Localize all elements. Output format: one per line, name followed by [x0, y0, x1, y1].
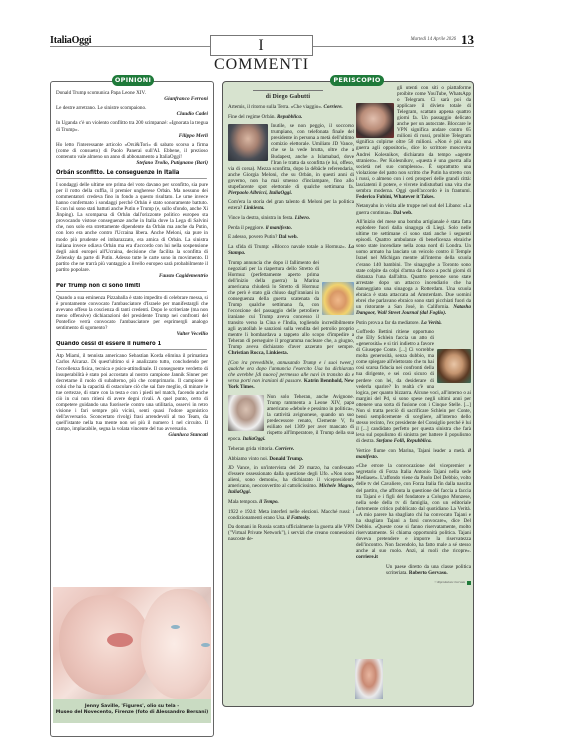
page-number: 13 — [461, 32, 474, 48]
periscopio-column: di Diego Gabutti Artemis, il ritorno sul… — [222, 81, 474, 707]
quote-source: Corriere. — [275, 446, 294, 452]
photo-pope — [228, 395, 264, 431]
quote-source: Roberto Gervaso. — [409, 570, 448, 576]
letter-text: Quando a sua eminenza Pizzaballa è stato… — [56, 295, 208, 331]
painted-eye — [201, 643, 210, 647]
quote-item: «Che errore la convocazione del viceprem… — [356, 463, 471, 560]
quote-source: il Tempo. — [259, 499, 279, 505]
letter-title: Orbán sconfitto. Le conseguenze in Itali… — [56, 169, 207, 179]
quote-item: Artemis, il ritorno sulla Terra. «Che vi… — [228, 104, 354, 110]
image-caption: Jenny Saville, 'Figures', olio su tela -… — [53, 699, 211, 723]
quote-item: Netanyahu in visita alle truppe nel sud … — [356, 203, 471, 215]
quote-item: Perda il peggiore. il manifesto. — [228, 225, 354, 231]
quote-source: corriere.it — [356, 554, 378, 560]
quote-source: Linkiesta. — [244, 205, 265, 211]
short-letter: Donald Trump scomunica Papa Leone XIV. G… — [56, 90, 208, 102]
quote-text: Goffredo Bettini ritiene opportuno che E… — [356, 329, 471, 444]
opinioni-column: Donald Trump scomunica Papa Leone XIV. G… — [50, 81, 214, 737]
quote-item: 1922 e 1924: Meta interferì nelle elezio… — [228, 509, 354, 521]
quote-source: Libero. — [295, 215, 310, 221]
byline: di Diego Gabutti — [253, 90, 323, 100]
photo-politician — [228, 124, 268, 161]
letter-author: Filippo Merli — [56, 133, 208, 139]
letter-author: Claudio Cadei — [56, 111, 208, 117]
photo-trump — [322, 282, 354, 315]
photo-putin — [356, 103, 394, 138]
quote-item: Mala tempora. il Tempo. — [228, 499, 354, 505]
letter-title: Per Trump non ci sono limiti — [56, 282, 207, 292]
quote-item: gli utenti con siti o piattaforme proibi… — [356, 85, 471, 200]
quote-item: JD Vance, in un'intervista del 29 marzo,… — [228, 465, 354, 495]
quote-source: Repubblica. — [277, 114, 302, 120]
quote-text: Vince la destra, sinistra in festa. — [228, 215, 294, 221]
letter: Quando a sua eminenza Pizzaballa è stato… — [56, 295, 208, 337]
issue-date: Martedì 14 Aprile 2026 — [411, 37, 456, 42]
letter: Atp Miami, il tennista americano Sebasti… — [56, 353, 208, 438]
quote-item: [Con ira prevedibile, annusando Trump e … — [228, 360, 354, 390]
quote-source: La Verità. — [421, 320, 442, 326]
letter-text: In Uganda c'è un violento conflitto tra … — [56, 120, 208, 132]
letter-author: Gianluca Stancati — [56, 432, 208, 438]
quote-item: Goffredo Bettini ritiene opportuno che E… — [356, 329, 471, 444]
quote-source: Dal web. — [393, 210, 412, 216]
quote-source: Christian Rocca, Linkiesta. — [228, 350, 288, 356]
quote-item: Abbiamo vinto noi. Donald Trump. — [228, 456, 354, 462]
letter-author: Valter Vecellio — [56, 331, 208, 337]
short-letter: Ho letto l'interessante articolo «Orsi&T… — [56, 142, 208, 166]
quote-item: La sfida di Trump: «Blocco navale totale… — [228, 244, 354, 256]
letter-text: Atp Miami, il tennista americano Sebasti… — [56, 353, 208, 432]
quote-item: Com'era la storia del gran talento di Me… — [228, 199, 354, 211]
quote-item: Trump annuncia che dopo il fallimento de… — [228, 260, 354, 357]
quote-source: Dal web. — [279, 234, 298, 240]
quote-item: Vince la destra, sinistra in festa. Libe… — [228, 215, 354, 221]
quote-text: «Che errore la convocazione del viceprem… — [356, 463, 471, 554]
quote-text: Perda il peggiore. — [228, 225, 264, 231]
quote-item: Un paese diretto da una classe politica … — [356, 564, 471, 576]
letter-author: Stefano Troilo, Putignano (Bari) — [56, 160, 208, 166]
letter-author: Fausto Cagidementrio — [56, 273, 208, 279]
quote-text: Netanyahu in visita alle truppe nel sud … — [356, 203, 471, 215]
copyright-note: © Riproduzione riservata — [356, 579, 471, 585]
photo-schlein — [437, 349, 471, 383]
painted-eye — [171, 625, 180, 629]
letter-text: Ho letto l'interessante articolo «Orsi&T… — [56, 142, 208, 160]
painted-lips — [107, 633, 133, 647]
quote-source: il manifesto. — [266, 225, 292, 231]
section-title: I COMMENTI — [210, 35, 313, 56]
quote-text: Teheran grida vittoria. — [228, 446, 274, 452]
quote-item: All'inizio del mese una bomba artigianal… — [356, 219, 471, 316]
letter-author: Gianfranco Ferroni — [56, 96, 208, 102]
quote-item: Vertice fiume con Marina, Tajani leader … — [356, 448, 471, 460]
quote-source: Stefano Folli, Repubblica. — [376, 438, 432, 444]
page-header: ItaliaOggi I COMMENTI Martedì 14 Aprile … — [50, 32, 474, 54]
quote-text: E adesso, povero Putin? — [228, 234, 277, 240]
quote-source: Federico Fubini, Whatever it Takes. — [356, 194, 435, 200]
quote-item: Putin prova a far da mediatore. La Verit… — [356, 320, 471, 326]
short-letter: Le destre arretrano. Le sinistre scompai… — [56, 105, 208, 117]
periscopio-subcolumn-2: gli utenti con siti o piattaforme proibi… — [356, 85, 471, 585]
periscopio-subcolumn-1: Artemis, il ritorno sulla Terra. «Che vi… — [228, 104, 354, 546]
quote-item: Non solo Teheran, anche Avignone. Trump … — [228, 394, 354, 442]
quote-text: All'inizio del mese una bomba artigianal… — [356, 219, 471, 310]
quote-text: Putin prova a far da mediatore. — [356, 320, 420, 326]
quote-text: Abbiamo vinto noi. — [228, 456, 268, 462]
quote-source: Pierpaolo Albricci, ItaliaOggi. — [228, 190, 292, 196]
quote-text: Mala tempora. — [228, 499, 258, 505]
copyright-text: © Riproduzione riservata — [434, 580, 465, 584]
quote-item: Inutile, se non peggio, il soccorso trum… — [228, 123, 354, 196]
quote-item: Teheran grida vittoria. Corriere. — [228, 446, 354, 452]
letter-title: Quando cessi di essere il numero 1 — [56, 340, 207, 350]
quote-text: Da domani in Russia scatta ufficialmente… — [228, 524, 354, 542]
short-letter: In Uganda c'è un violento conflitto tra … — [56, 120, 208, 138]
end-square-icon — [467, 581, 471, 585]
quote-text: gli utenti con siti o piattaforme proibi… — [356, 85, 471, 194]
quote-text: Artemis, il ritorno sulla Terra. «Che vi… — [228, 104, 322, 110]
quote-source: il Fattosky. — [287, 515, 311, 521]
brand-logo: ItaliaOggi — [50, 35, 91, 46]
painting-image — [53, 587, 211, 699]
letter: I sondaggi delle ultime ore prima del vo… — [56, 182, 208, 279]
quote-item: Da domani in Russia scatta ufficialmente… — [228, 524, 354, 542]
quote-text: La sfida di Trump: «Blocco navale totale… — [228, 244, 346, 250]
quote-source: Corriere. — [324, 104, 343, 110]
quote-source: Donald Trump. — [269, 456, 303, 462]
quote-item: Fine del regime Orbán. Repubblica. — [228, 114, 354, 120]
quote-text: Fine del regime Orbán. — [228, 114, 276, 120]
opinioni-label: OPINIONI — [112, 75, 154, 86]
periscopio-label: PERISCOPIO — [330, 75, 384, 86]
quote-source: ItaliaOggi. — [243, 436, 266, 442]
caption-line: Museo del Novecento, Firenze (foto di Al… — [53, 710, 211, 716]
quote-item: E adesso, povero Putin? Dal web. — [228, 234, 354, 240]
painted-face-left — [59, 595, 151, 695]
letter-text: I sondaggi delle ultime ore prima del vo… — [56, 182, 208, 273]
photo-gervaso — [355, 659, 383, 699]
